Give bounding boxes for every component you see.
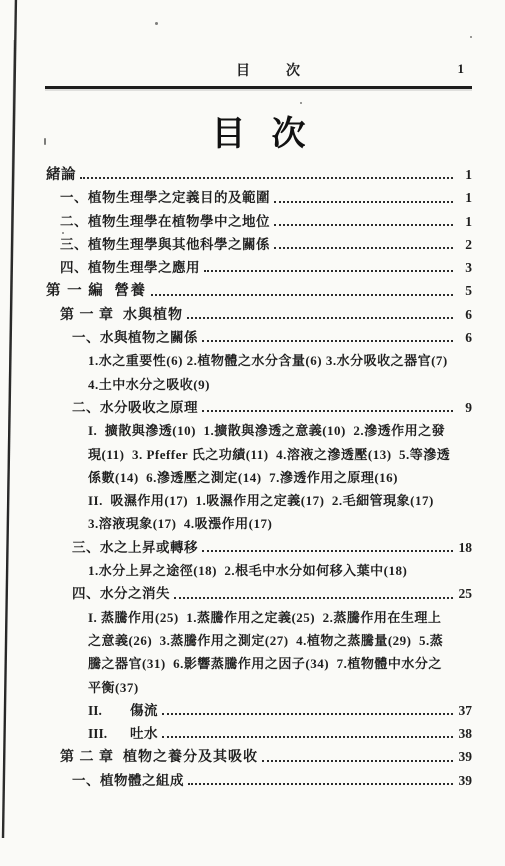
toc-entry-text: 傷流 [130,699,158,722]
dot-leader [202,550,453,552]
toc-entry-text: 係數(14) 6.滲透壓之測定(14) 7.滲透作用之原理(16) [88,466,398,489]
toc-entry: 一、水與植物之關係6 [0,326,472,349]
toc-entry-text: 三、植物生理學與其他科學之關係 [60,233,270,256]
toc-entry: 四、水分之消失25 [0,582,472,605]
toc-entry: II.傷流37 [0,699,472,722]
toc-entry: II. 吸濕作用(17) 1.吸濕作用之定義(17) 2.毛細管現象(17) [0,489,472,512]
toc-entry-text: 緒論 [46,164,76,187]
toc-entry: 一、植物體之組成39 [0,769,472,792]
dot-leader [274,224,453,226]
toc-entry-text: 第 一 章 水與植物 [60,304,183,327]
dot-leader [162,713,453,715]
toc-entry-text: 之意義(26) 3.蒸騰作用之測定(27) 4.植物之蒸騰量(29) 5.蒸 [88,629,443,652]
toc-entry: 二、水分吸收之原理9 [0,396,472,419]
toc-entry-page: 37 [456,699,472,722]
toc-entry: I. 蒸騰作用(25) 1.蒸騰作用之定義(25) 2.蒸騰作用在生理上 [0,606,472,629]
toc-entry: 騰之器官(31) 6.影響蒸騰作用之因子(34) 7.植物體中水分之 [0,652,472,675]
dot-leader [162,736,453,738]
page-title-char-left: 目 [212,106,246,155]
toc-entry: 第 一 編 營養5 [0,279,472,302]
toc-entry-text: 1.水之重要性(6) 2.植物體之水分含量(6) 3.水分吸收之器官(7) [88,349,448,372]
toc-entry-text: 3.溶液現象(17) 4.吸漲作用(17) [88,512,272,535]
toc-entry: 第 二 章 植物之養分及其吸收39 [0,745,472,768]
running-header-page-number: 1 [458,61,465,77]
toc-entry-text: 一、水與植物之關係 [72,326,198,349]
page-title-char-right: 次 [272,106,306,155]
dot-leader [187,317,453,319]
toc-entry-numeral: III. [88,722,130,745]
toc-entry: 三、水之上昇或轉移18 [0,536,472,559]
toc-entry-text: 騰之器官(31) 6.影響蒸騰作用之因子(34) 7.植物體中水分之 [88,652,442,675]
toc-list: 緒論1一、植物生理學之定義目的及範圍1二、植物生理學在植物學中之地位1三、植物生… [0,163,472,792]
scan-speck [300,102,302,104]
scanned-toc-page: 目 次 1 目 次 緒論1一、植物生理學之定義目的及範圍1二、植物生理學在植物學… [0,0,505,866]
scan-speck [62,232,64,234]
toc-entry: 現(11) 3. Pfeffer 氏之功績(11) 4.溶液之滲透壓(13) 5… [0,443,472,466]
scan-speck [155,22,158,25]
toc-entry-page: 39 [456,745,472,768]
toc-entry-page: 3 [456,256,472,279]
toc-entry-page: 1 [456,186,472,209]
toc-entry-text: 三、水之上昇或轉移 [72,536,198,559]
toc-entry-text: I. 擴散與滲透(10) 1.擴散與滲透之意義(10) 2.滲透作用之發 [88,419,445,442]
toc-entry-text: I. 蒸騰作用(25) 1.蒸騰作用之定義(25) 2.蒸騰作用在生理上 [88,606,441,629]
dot-leader [202,410,453,412]
toc-entry-text: 二、植物生理學在植物學中之地位 [60,210,270,233]
dot-leader [174,597,453,599]
toc-entry-text: 二、水分吸收之原理 [72,396,198,419]
toc-entry-page: 6 [456,303,472,326]
toc-entry: 之意義(26) 3.蒸騰作用之測定(27) 4.植物之蒸騰量(29) 5.蒸 [0,629,472,652]
dot-leader [202,340,453,342]
toc-entry-text: 四、植物生理學之應用 [60,256,200,279]
toc-entry: 1.水分上昇之途徑(18) 2.根毛中水分如何移入葉中(18) [0,559,472,582]
toc-entry-text: 一、植物生理學之定義目的及範圍 [60,186,270,209]
toc-entry: III.吐水38 [0,722,472,745]
toc-entry: 平衡(37) [0,676,472,699]
toc-entry: 二、植物生理學在植物學中之地位1 [0,210,472,233]
toc-entry: 一、植物生理學之定義目的及範圍1 [0,186,472,209]
toc-entry-text: 第 一 編 營養 [46,280,147,303]
toc-entry-page: 5 [456,279,472,302]
dot-leader [262,760,453,762]
dot-leader [188,783,453,785]
toc-entry: 四、植物生理學之應用3 [0,256,472,279]
toc-entry: 緒論1 [0,163,472,186]
running-header-char-right: 次 [286,60,301,80]
toc-entry-page: 1 [456,163,472,186]
dot-leader [204,270,453,272]
running-header: 目 次 1 [45,60,472,80]
toc-entry-text: 一、植物體之組成 [72,769,184,792]
toc-entry: 係數(14) 6.滲透壓之測定(14) 7.滲透作用之原理(16) [0,466,472,489]
toc-entry: 3.溶液現象(17) 4.吸漲作用(17) [0,512,472,535]
toc-entry-page: 25 [456,582,472,605]
toc-entry-text: 平衡(37) [88,676,139,699]
toc-entry-page: 2 [456,233,472,256]
toc-entry: 1.水之重要性(6) 2.植物體之水分含量(6) 3.水分吸收之器官(7) [0,349,472,372]
toc-entry-text: 現(11) 3. Pfeffer 氏之功績(11) 4.溶液之滲透壓(13) 5… [88,443,450,466]
dot-leader [274,201,453,203]
toc-entry-page: 1 [456,210,472,233]
toc-entry-page: 9 [456,396,472,419]
running-header-char-left: 目 [236,60,251,80]
dot-leader [151,294,454,296]
toc-entry-text: 1.水分上昇之途徑(18) 2.根毛中水分如何移入葉中(18) [88,559,407,582]
dot-leader [80,177,453,179]
toc-entry-text: 第 二 章 植物之養分及其吸收 [60,746,258,769]
toc-entry: I. 擴散與滲透(10) 1.擴散與滲透之意義(10) 2.滲透作用之發 [0,419,472,442]
toc-entry-page: 38 [456,722,472,745]
toc-entry-text: 吐水 [130,722,158,745]
toc-entry: 三、植物生理學與其他科學之關係2 [0,233,472,256]
toc-entry: 4.土中水分之吸收(9) [0,373,472,396]
header-rule [45,86,472,89]
toc-entry-text: II. 吸濕作用(17) 1.吸濕作用之定義(17) 2.毛細管現象(17) [88,489,434,512]
toc-entry-page: 18 [456,536,472,559]
scan-speck [44,138,46,145]
toc-entry: 第 一 章 水與植物6 [0,303,472,326]
toc-entry-page: 6 [456,326,472,349]
toc-entry-text: 四、水分之消失 [72,582,170,605]
scan-speck [470,36,472,38]
toc-entry-numeral: II. [88,699,130,722]
toc-entry-text: 4.土中水分之吸收(9) [88,373,210,396]
dot-leader [274,247,453,249]
toc-entry-page: 39 [456,769,472,792]
page-title: 目 次 [45,106,472,155]
